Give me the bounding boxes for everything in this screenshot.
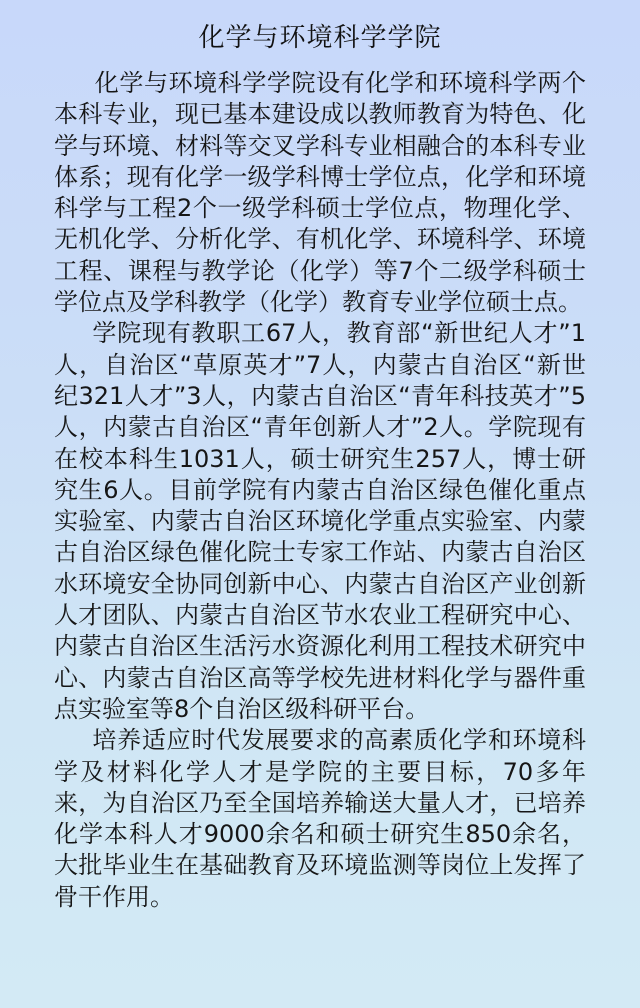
paragraph-faculty-research: 学院现有教职工67人，教育部“新世纪人才”1人，自治区“草原英才”7人，内蒙古自… xyxy=(54,318,586,725)
page-title: 化学与环境科学学院 xyxy=(0,20,640,56)
paragraph-programs: 化学与环境科学学院设有化学和环境科学两个本科专业，现已基本建设成以教师教育为特色… xyxy=(54,68,586,318)
document-page: 化学与环境科学学院 化学与环境科学学院设有化学和环境科学两个本科专业，现已基本建… xyxy=(0,0,640,1008)
document-body: 化学与环境科学学院设有化学和环境科学两个本科专业，现已基本建设成以教师教育为特色… xyxy=(54,68,586,913)
paragraph-training-goals: 培养适应时代发展要求的高素质化学和环境科学及材料化学人才是学院的主要目标，70多… xyxy=(54,725,586,913)
